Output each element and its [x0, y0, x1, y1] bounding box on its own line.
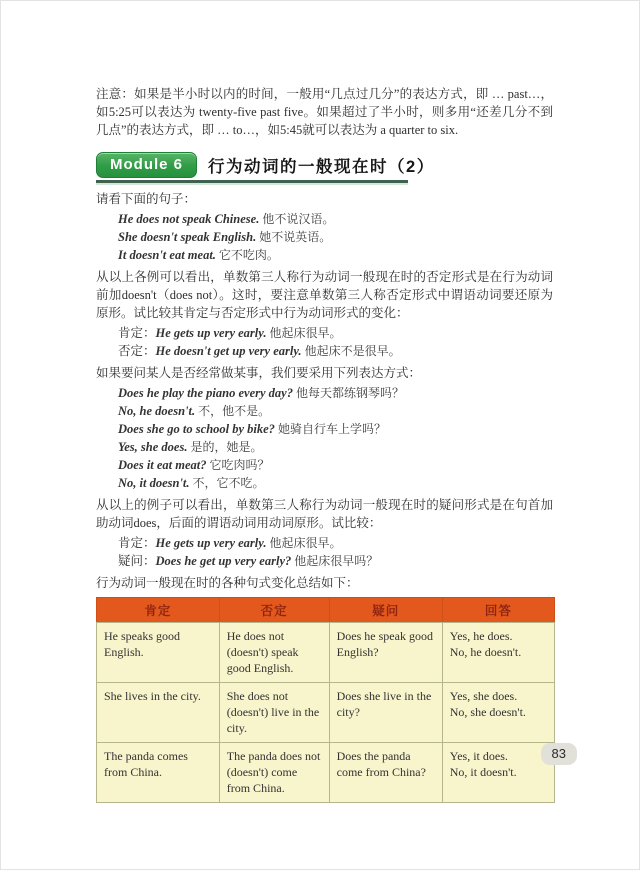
table-header-negative: 否定 [219, 598, 329, 623]
example-sentence: She doesn't speak English.她不说英语。 [96, 228, 553, 246]
example-chinese: 她不说英语。 [259, 230, 331, 244]
example-chinese: 他每天都练钢琴吗？ [296, 386, 404, 400]
table-cell: He speaks good English. [97, 623, 220, 683]
table-cell: The panda does not (doesn't) come from C… [219, 743, 329, 803]
qa-example: Does she go to school by bike?她骑自行车上学吗？ [96, 420, 553, 438]
table-cell: She lives in the city. [97, 683, 220, 743]
compare-question: 疑问：Does he get up very early?他起床很早吗？ [96, 552, 553, 570]
example-english: She doesn't speak English. [118, 230, 256, 244]
grammar-summary-table: 肯定 否定 疑问 回答 He speaks good English. He d… [96, 597, 555, 803]
example-chinese: 是的，她是。 [190, 440, 262, 454]
qa-example: Does it eat meat?它吃肉吗？ [96, 456, 553, 474]
example-label: 肯定： [118, 536, 156, 550]
example-english: It doesn't eat meat. [118, 248, 216, 262]
question-form-explanation: 从以上的例子可以看出，单数第三人称行为动词一般现在时的疑问形式是在句首加助动词d… [96, 496, 553, 532]
qa-example: Does he play the piano every day?他每天都练钢琴… [96, 384, 553, 402]
table-row: He speaks good English. He does not (doe… [97, 623, 555, 683]
compare-negative: 否定：He doesn't get up very early.他起床不是很早。 [96, 342, 553, 360]
table-cell: The panda comes from China. [97, 743, 220, 803]
example-english: No, it doesn't. [118, 476, 190, 490]
example-english: Does it eat meat? [118, 458, 207, 472]
intro-sentences-lead: 请看下面的句子： [96, 190, 553, 208]
example-chinese: 不，它不吃。 [193, 476, 265, 490]
example-chinese: 它吃肉吗？ [210, 458, 270, 472]
table-cell: He does not (doesn't) speak good English… [219, 623, 329, 683]
table-row: The panda comes from China. The panda do… [97, 743, 555, 803]
example-english: No, he doesn't. [118, 404, 195, 418]
example-chinese: 他起床很早。 [269, 326, 341, 340]
time-expression-note: 注意：如果是半小时以内的时间，一般用“几点过几分”的表达方式，即 … past…… [96, 85, 553, 139]
qa-example: Yes, she does.是的，她是。 [96, 438, 553, 456]
example-english: He does not speak Chinese. [118, 212, 259, 226]
table-header-affirmative: 肯定 [97, 598, 220, 623]
table-cell: She does not (doesn't) live in the city. [219, 683, 329, 743]
qa-example: No, it doesn't.不，它不吃。 [96, 474, 553, 492]
example-label: 疑问： [118, 554, 156, 568]
example-english: He doesn't get up very early. [156, 344, 302, 358]
example-english: Does he play the piano every day? [118, 386, 293, 400]
table-cell: Does he speak good English? [329, 623, 442, 683]
example-chinese: 他起床不是很早。 [305, 344, 401, 358]
table-row: She lives in the city. She does not (doe… [97, 683, 555, 743]
question-form-lead: 如果要问某人是否经常做某事，我们要采用下列表达方式： [96, 364, 553, 382]
example-label: 肯定： [118, 326, 156, 340]
example-sentence: He does not speak Chinese.他不说汉语。 [96, 210, 553, 228]
example-label: 否定： [118, 344, 156, 358]
table-cell: Yes, he does. No, he doesn't. [442, 623, 554, 683]
example-english: He gets up very early. [156, 536, 267, 550]
module-badge: Module 6 [96, 152, 197, 178]
example-english: Does he get up very early? [156, 554, 292, 568]
textbook-page: 注意：如果是半小时以内的时间，一般用“几点过几分”的表达方式，即 … past…… [0, 0, 640, 870]
table-cell: Yes, it does. No, it doesn't. [442, 743, 554, 803]
page-number-badge: 83 [541, 743, 577, 765]
example-english: Does she go to school by bike? [118, 422, 275, 436]
summary-table-lead: 行为动词一般现在时的各种句式变化总结如下： [96, 574, 553, 592]
example-chinese: 她骑自行车上学吗？ [278, 422, 386, 436]
table-cell: Does the panda come from China? [329, 743, 442, 803]
example-english: He gets up very early. [156, 326, 267, 340]
example-english: Yes, she does. [118, 440, 187, 454]
example-chinese: 他起床很早吗？ [294, 554, 378, 568]
example-sentence: It doesn't eat meat.它不吃肉。 [96, 246, 553, 264]
table-header-question: 疑问 [329, 598, 442, 623]
example-chinese: 它不吃肉。 [219, 248, 279, 262]
example-chinese: 不，他不是。 [198, 404, 270, 418]
page-content: 注意：如果是半小时以内的时间，一般用“几点过几分”的表达方式，即 … past…… [1, 1, 639, 803]
module-header: Module 6 行为动词的一般现在时（2） [96, 152, 408, 183]
negative-form-explanation: 从以上各例可以看出，单数第三人称行为动词一般现在时的否定形式是在行为动词前加do… [96, 268, 553, 322]
compare-affirmative: 肯定：He gets up very early.他起床很早。 [96, 534, 553, 552]
qa-example: No, he doesn't.不，他不是。 [96, 402, 553, 420]
compare-affirmative: 肯定：He gets up very early.他起床很早。 [96, 324, 553, 342]
table-header-row: 肯定 否定 疑问 回答 [97, 598, 555, 623]
module-title: 行为动词的一般现在时（2） [208, 153, 435, 177]
table-header-answer: 回答 [442, 598, 554, 623]
table-cell: Yes, she does. No, she doesn't. [442, 683, 554, 743]
example-chinese: 他不说汉语。 [262, 212, 334, 226]
example-chinese: 他起床很早。 [269, 536, 341, 550]
table-cell: Does she live in the city? [329, 683, 442, 743]
